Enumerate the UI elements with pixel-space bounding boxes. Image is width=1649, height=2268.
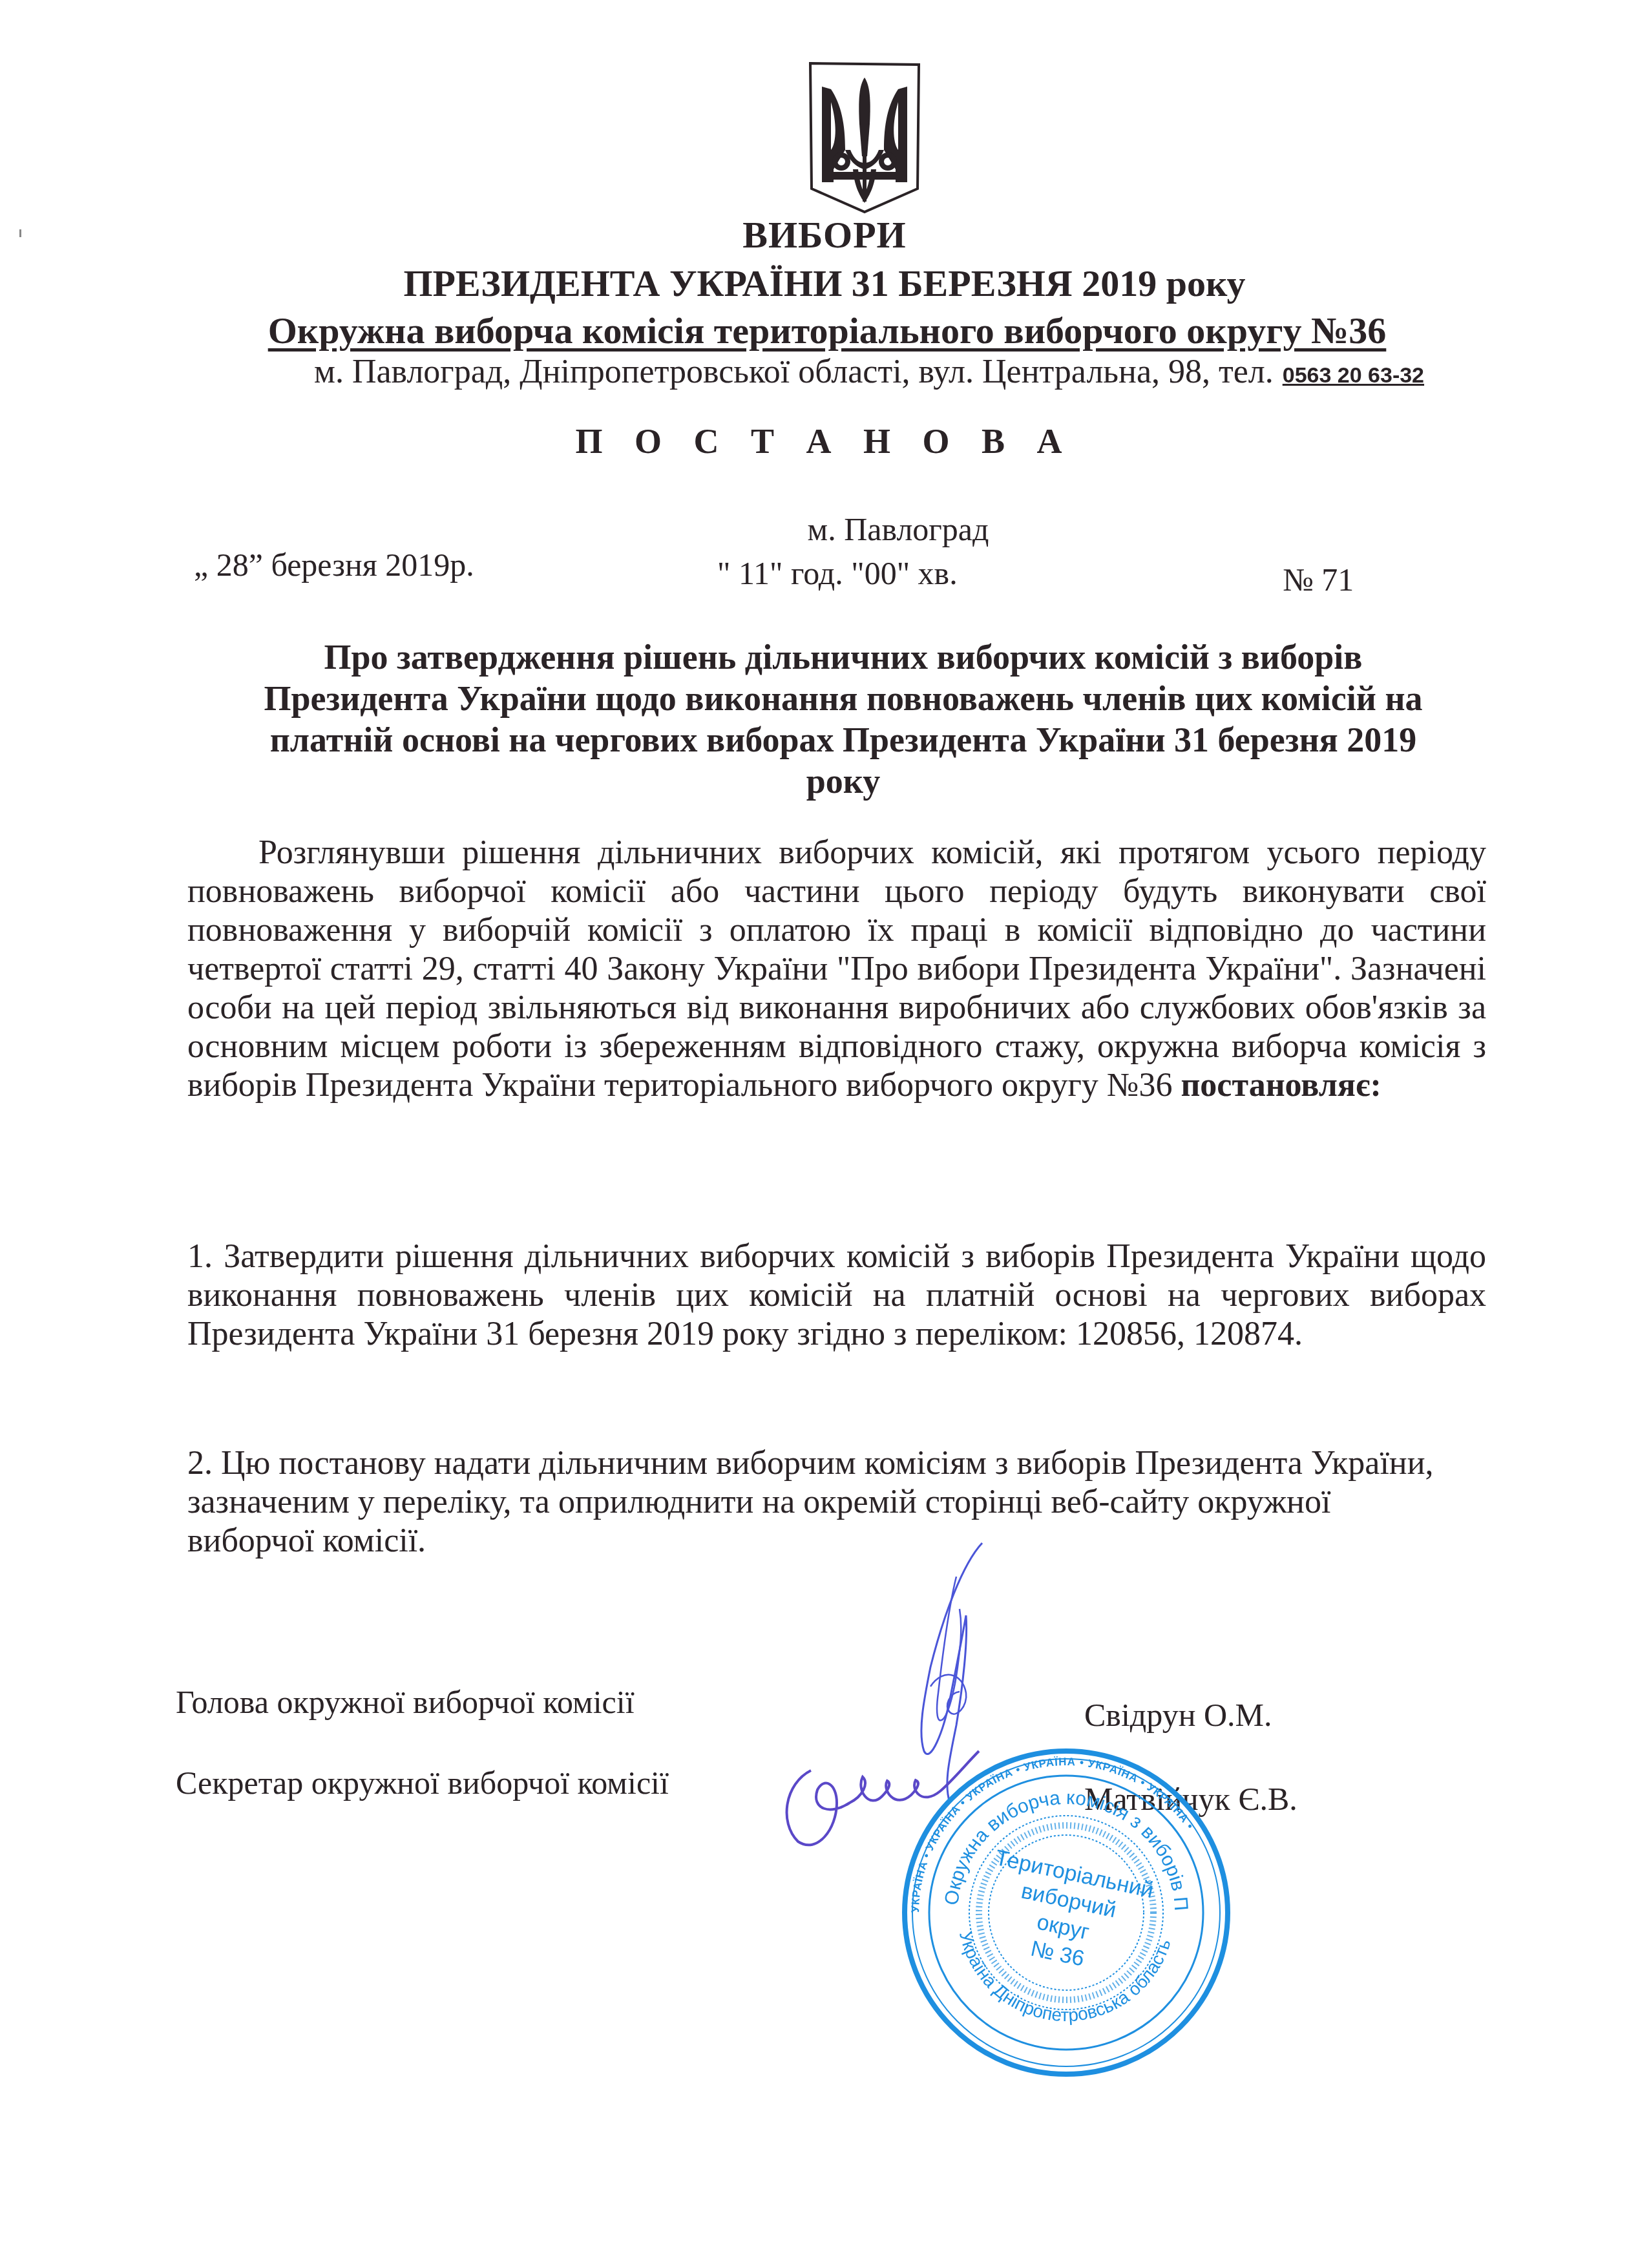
intro-text: Розглянувши рішення дільничних виборчих … — [187, 834, 1486, 1104]
secretary-title: Секретар окружної виборчої комісії — [176, 1764, 669, 1801]
head-title: Голова окружної виборчої комісії — [176, 1683, 635, 1721]
document-number: № 71 — [1283, 561, 1354, 598]
document-subject: Про затвердження рішень дільничних вибор… — [239, 636, 1447, 802]
document-type-title: П О С Т А Н О В А — [0, 421, 1649, 461]
head-name: Свідрун О.М. — [1084, 1696, 1272, 1734]
official-stamp-icon: УКРАЇНА • УКРАЇНА • УКРАЇНА • УКРАЇНА • … — [898, 1745, 1234, 2081]
address-text: м. Павлоград, Дніпропетровської області,… — [314, 353, 1274, 390]
resolution-item-2: 2. Цю постанову надати дільничним виборч… — [187, 1444, 1454, 1560]
commission-name: Окружна виборча комісія територіального … — [181, 309, 1473, 352]
intro-paragraph: Розглянувши рішення дільничних виборчих … — [187, 834, 1486, 1105]
document-city: м. Павлоград — [762, 510, 1034, 548]
resolution-item-1: 1. Затвердити рішення дільничних виборчи… — [187, 1237, 1486, 1354]
document-time: " 11" год. "00" хв. — [717, 554, 958, 592]
coat-of-arms-icon — [808, 59, 921, 215]
phone-number: 0563 20 63-32 — [1283, 363, 1424, 388]
document-date: „ 28” березня 2019р. — [194, 546, 474, 583]
elections-title: ВИБОРИ — [0, 213, 1649, 257]
decision-word: постановляє: — [1181, 1067, 1381, 1104]
president-elections-date: ПРЕЗИДЕНТА УКРАЇНИ 31 БЕРЕЗНЯ 2019 року — [0, 262, 1649, 305]
commission-address: м. Павлоград, Дніпропетровської області,… — [207, 353, 1531, 391]
